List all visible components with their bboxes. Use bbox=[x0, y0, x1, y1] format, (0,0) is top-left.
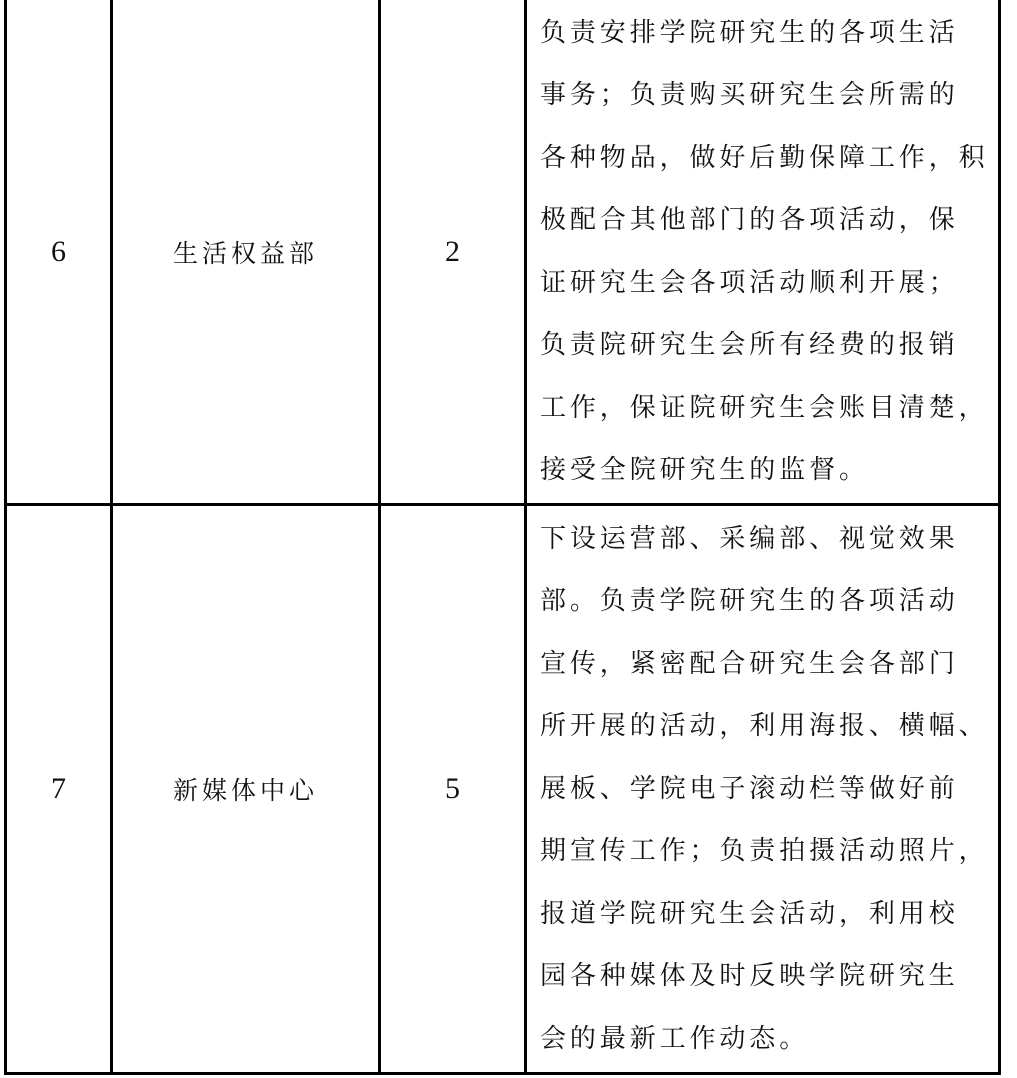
description-line: 期宣传工作；负责拍摄活动照片， bbox=[540, 820, 994, 883]
description-line: 极配合其他部门的各项活动，保 bbox=[540, 189, 994, 252]
description-line: 接受全院研究生的监督。 bbox=[540, 439, 994, 502]
description-line: 事务；负责购买研究生会所需的 bbox=[540, 64, 994, 127]
department-description: 负责安排学院研究生的各项生活 事务；负责购买研究生会所需的 各种物品，做好后勤保… bbox=[526, 0, 1000, 505]
department-name: 新媒体中心 bbox=[112, 505, 380, 1074]
description-line: 负责安排学院研究生的各项生活 bbox=[540, 2, 994, 65]
department-name: 生活权益部 bbox=[112, 0, 380, 505]
description-line: 证研究生会各项活动顺利开展； bbox=[540, 252, 994, 315]
description-line: 园各种媒体及时反映学院研究生 bbox=[540, 945, 994, 1008]
table-row: 7 新媒体中心 5 下设运营部、采编部、视觉效果 部。负责学院研究生的各项活动 … bbox=[6, 505, 1000, 1074]
description-line: 所开展的活动，利用海报、横幅、 bbox=[540, 695, 994, 758]
description-line: 展板、学院电子滚动栏等做好前 bbox=[540, 758, 994, 821]
description-line: 会的最新工作动态。 bbox=[540, 1008, 994, 1071]
member-count: 2 bbox=[380, 0, 526, 505]
table-row: 6 生活权益部 2 负责安排学院研究生的各项生活 事务；负责购买研究生会所需的 … bbox=[6, 0, 1000, 505]
row-index: 6 bbox=[6, 0, 112, 505]
description-line: 宣传，紧密配合研究生会各部门 bbox=[540, 633, 994, 696]
description-line: 下设运营部、采编部、视觉效果 bbox=[540, 508, 994, 571]
row-index: 7 bbox=[6, 505, 112, 1074]
description-line: 各种物品，做好后勤保障工作，积 bbox=[540, 127, 994, 190]
member-count: 5 bbox=[380, 505, 526, 1074]
department-table: 6 生活权益部 2 负责安排学院研究生的各项生活 事务；负责购买研究生会所需的 … bbox=[4, 0, 1001, 1075]
department-description: 下设运营部、采编部、视觉效果 部。负责学院研究生的各项活动 宣传，紧密配合研究生… bbox=[526, 505, 1000, 1074]
description-line: 工作，保证院研究生会账目清楚， bbox=[540, 377, 994, 440]
description-line: 部。负责学院研究生的各项活动 bbox=[540, 570, 994, 633]
description-line: 报道学院研究生会活动，利用校 bbox=[540, 883, 994, 946]
description-line: 负责院研究生会所有经费的报销 bbox=[540, 314, 994, 377]
department-table-container: 6 生活权益部 2 负责安排学院研究生的各项生活 事务；负责购买研究生会所需的 … bbox=[4, 0, 1001, 1075]
